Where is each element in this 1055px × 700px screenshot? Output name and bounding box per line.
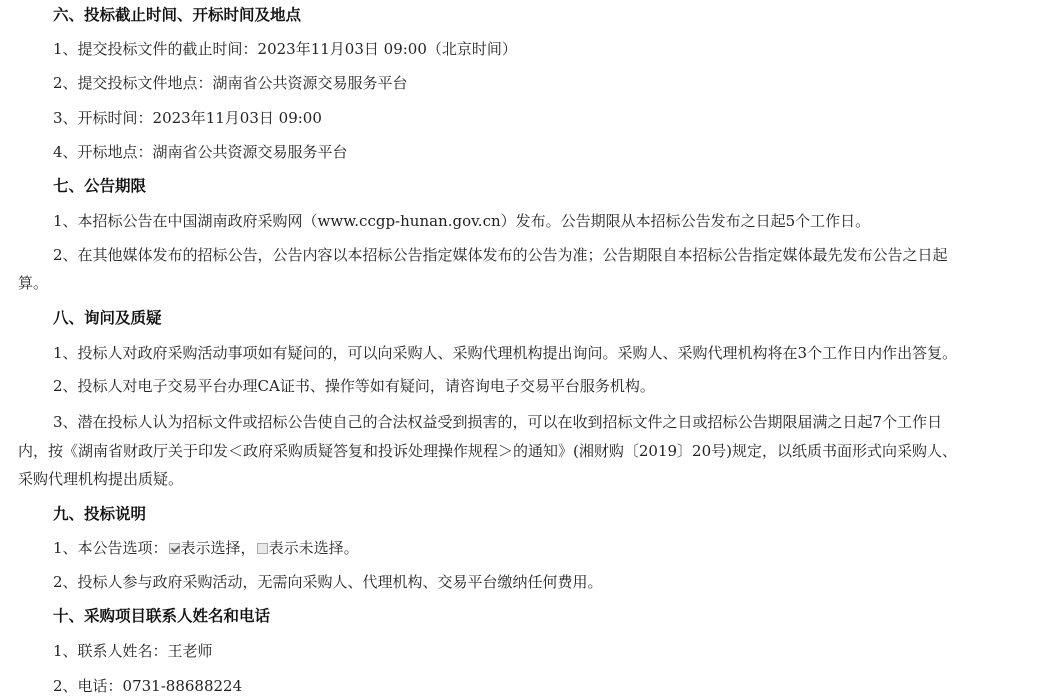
period-item-2-cont: 算。 bbox=[18, 273, 1055, 293]
inquiry-item-3-cont: 内，按《湖南省财政厅关于印发＜政府采购质疑答复和投诉处理操作规程＞的通知》(湘财… bbox=[18, 441, 1055, 461]
section-heading-contact: 十、采购项目联系人姓名和电话 bbox=[53, 606, 1055, 626]
options-label: 1、本公告选项： bbox=[53, 539, 168, 557]
checkbox-checked-icon bbox=[169, 543, 180, 554]
bid-notes-item-2: 2、投标人参与政府采购活动，无需向采购人、代理机构、交易平台缴纳任何费用。 bbox=[53, 572, 1055, 592]
period-item-1: 1、本招标公告在中国湖南政府采购网（www.ccgp-hunan.gov.cn）… bbox=[53, 211, 1055, 231]
contact-name: 1、联系人姓名：王老师 bbox=[53, 641, 1055, 661]
contact-phone: 2、电话：0731-88688224 bbox=[53, 676, 1055, 696]
section-heading-bid-notes: 九、投标说明 bbox=[53, 504, 1055, 524]
inquiry-item-1: 1、投标人对政府采购活动事项如有疑问的，可以向采购人、采购代理机构提出询问。采购… bbox=[53, 343, 1055, 363]
checked-legend: 表示选择， bbox=[181, 539, 256, 557]
inquiry-item-3: 3、潜在投标人认为招标文件或招标公告使自己的合法权益受到损害的，可以在收到招标文… bbox=[53, 412, 1055, 432]
period-item-2: 2、在其他媒体发布的招标公告，公告内容以本招标公告指定媒体发布的公告为准；公告期… bbox=[53, 245, 1055, 265]
section-heading-inquiry: 八、询问及质疑 bbox=[53, 308, 1055, 328]
checkbox-unchecked-icon bbox=[257, 543, 268, 554]
submission-location: 2、提交投标文件地点：湖南省公共资源交易服务平台 bbox=[53, 73, 1055, 93]
bid-notes-item-1: 1、本公告选项：表示选择，表示未选择。 bbox=[53, 538, 1055, 558]
section-heading-deadline: 六、投标截止时间、开标时间及地点 bbox=[53, 5, 1055, 25]
opening-location: 4、开标地点：湖南省公共资源交易服务平台 bbox=[53, 142, 1055, 162]
opening-time: 3、开标时间：2023年11月03日 09:00 bbox=[53, 108, 1055, 128]
unchecked-legend: 表示未选择。 bbox=[269, 539, 359, 557]
deadline-time: 1、提交投标文件的截止时间：2023年11月03日 09:00（北京时间） bbox=[53, 39, 1055, 59]
inquiry-item-2: 2、投标人对电子交易平台办理CA证书、操作等如有疑问，请咨询电子交易平台服务机构… bbox=[53, 376, 1055, 396]
section-heading-period: 七、公告期限 bbox=[53, 176, 1055, 196]
inquiry-item-3-cont2: 采购代理机构提出质疑。 bbox=[18, 469, 1055, 489]
